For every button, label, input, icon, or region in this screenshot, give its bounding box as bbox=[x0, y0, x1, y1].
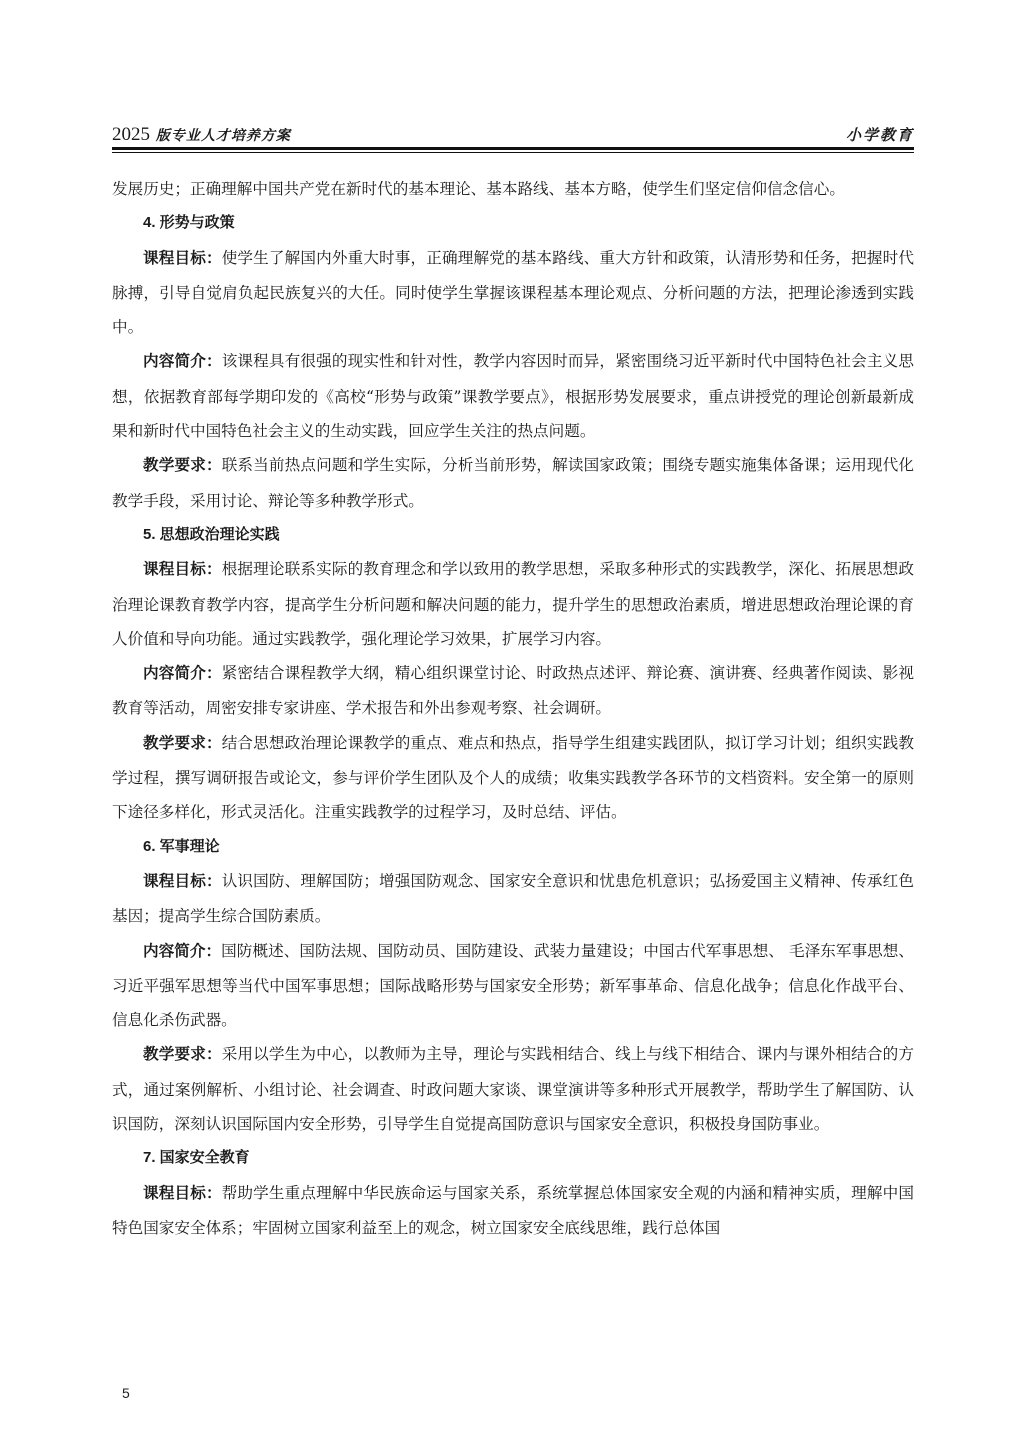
course-objective-paragraph: 课程目标：帮助学生重点理解中华民族命运与国家关系，系统掌握总体国家安全观的内涵和… bbox=[112, 1176, 914, 1246]
page-header: 2025 版专业人才培养方案 小学教育 bbox=[112, 124, 914, 146]
section-title: 6. 军事理论 bbox=[112, 830, 914, 864]
department-name: 小学教育 bbox=[846, 124, 914, 146]
content-summary-paragraph: 内容简介：紧密结合课程教学大纲，精心组织课堂讨论、时政热点述评、辩论赛、演讲赛、… bbox=[112, 656, 914, 726]
paragraph-text: 根据理论联系实际的教育理念和学以致用的教学思想，采取多种形式的实践教学，深化、拓… bbox=[112, 560, 914, 648]
continuation-paragraph: 发展历史；正确理解中国共产党在新时代的基本理论、基本路线、基本方略，使学生们坚定… bbox=[112, 172, 914, 206]
paragraph-label: 教学要求： bbox=[143, 735, 222, 752]
teaching-requirements-paragraph: 教学要求：联系当前热点问题和学生实际，分析当前形势，解读国家政策；围绕专题实施集… bbox=[112, 448, 914, 518]
paragraph-text: 联系当前热点问题和学生实际，分析当前形势，解读国家政策；围绕专题实施集体备课；运… bbox=[112, 456, 914, 509]
paragraph-text: 紧密结合课程教学大纲，精心组织课堂讨论、时政热点述评、辩论赛、演讲赛、经典著作阅… bbox=[112, 664, 914, 717]
paragraph-text: 使学生了解国内外重大时事，正确理解党的基本路线、重大方针和政策，认清形势和任务，… bbox=[112, 249, 914, 337]
content-summary-paragraph: 内容简介：该课程具有很强的现实性和针对性，教学内容因时而异，紧密围绕习近平新时代… bbox=[112, 344, 914, 448]
paragraph-label: 教学要求： bbox=[143, 457, 222, 474]
course-objective-paragraph: 课程目标：根据理论联系实际的教育理念和学以致用的教学思想，采取多种形式的实践教学… bbox=[112, 552, 914, 656]
paragraph-label: 课程目标： bbox=[143, 1185, 222, 1202]
paragraph-text: 国防概述、国防法规、国防动员、国防建设、武装力量建设；中国古代军事思想、 毛泽东… bbox=[112, 942, 914, 1030]
page-number: 5 bbox=[122, 1385, 130, 1401]
paragraph-text: 认识国防、理解国防；增强国防观念、国家安全意识和忧患危机意识；弘扬爱国主义精神、… bbox=[112, 872, 914, 925]
paragraph-text: 采用以学生为中心，以教师为主导，理论与实践相结合、线上与线下相结合、课内与课外相… bbox=[112, 1045, 914, 1133]
header-divider-thick bbox=[112, 147, 914, 150]
header-divider-thin bbox=[112, 152, 914, 153]
content-summary-paragraph: 内容简介：国防概述、国防法规、国防动员、国防建设、武装力量建设；中国古代军事思想… bbox=[112, 934, 914, 1038]
course-objective-paragraph: 课程目标：认识国防、理解国防；增强国防观念、国家安全意识和忧患危机意识；弘扬爱国… bbox=[112, 864, 914, 934]
teaching-requirements-paragraph: 教学要求：结合思想政治理论课教学的重点、难点和热点，指导学生组建实践团队，拟订学… bbox=[112, 726, 914, 830]
paragraph-text: 帮助学生重点理解中华民族命运与国家关系，系统掌握总体国家安全观的内涵和精神实质，… bbox=[112, 1184, 914, 1237]
paragraph-label: 教学要求： bbox=[143, 1046, 222, 1063]
document-body: 发展历史；正确理解中国共产党在新时代的基本理论、基本路线、基本方略，使学生们坚定… bbox=[112, 172, 914, 1245]
document-year: 2025 bbox=[112, 124, 150, 145]
document-title-text: 版专业人才培养方案 bbox=[150, 128, 291, 144]
paragraph-label: 课程目标： bbox=[143, 561, 222, 578]
course-objective-paragraph: 课程目标：使学生了解国内外重大时事，正确理解党的基本路线、重大方针和政策，认清形… bbox=[112, 241, 914, 345]
document-title: 2025 版专业人才培养方案 bbox=[112, 124, 291, 147]
section-title: 7. 国家安全教育 bbox=[112, 1141, 914, 1175]
paragraph-label: 课程目标： bbox=[143, 250, 222, 267]
paragraph-text: 该课程具有很强的现实性和针对性，教学内容因时而异，紧密围绕习近平新时代中国特色社… bbox=[112, 352, 914, 440]
section-title: 5. 思想政治理论实践 bbox=[112, 518, 914, 552]
paragraph-label: 内容简介： bbox=[143, 353, 222, 370]
paragraph-text: 结合思想政治理论课教学的重点、难点和热点，指导学生组建实践团队，拟订学习计划；组… bbox=[112, 734, 914, 822]
paragraph-label: 内容简介： bbox=[143, 943, 221, 960]
paragraph-label: 内容简介： bbox=[143, 665, 222, 682]
section-title: 4. 形势与政策 bbox=[112, 206, 914, 240]
header-divider bbox=[112, 147, 914, 153]
teaching-requirements-paragraph: 教学要求：采用以学生为中心，以教师为主导，理论与实践相结合、线上与线下相结合、课… bbox=[112, 1037, 914, 1141]
paragraph-label: 课程目标： bbox=[143, 873, 222, 890]
